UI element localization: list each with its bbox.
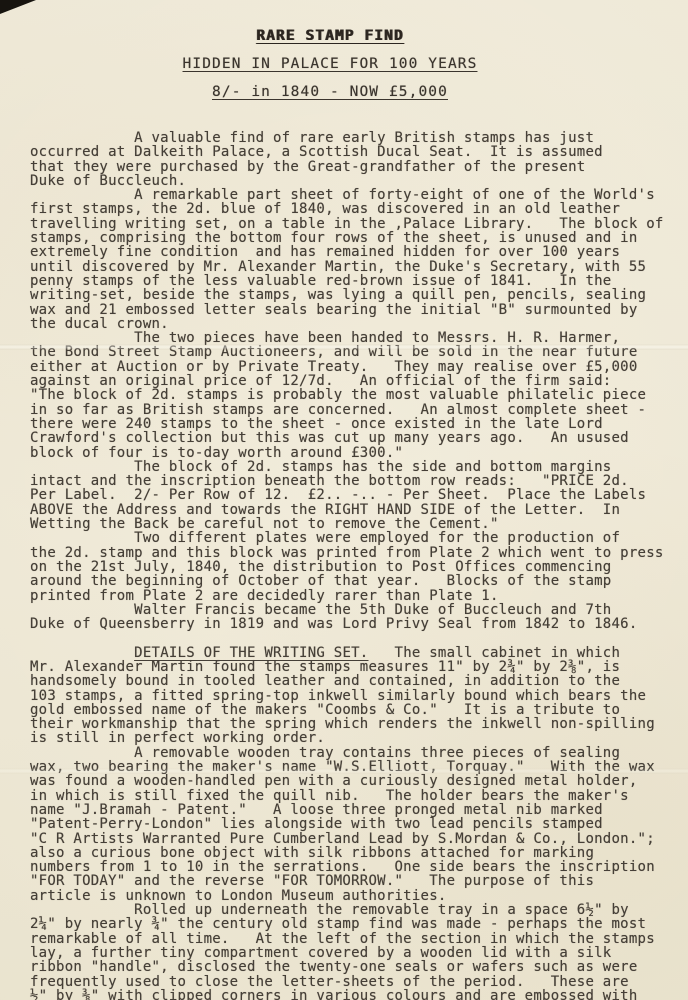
paragraph-auctioneers: The two pieces have been handed to Messr… xyxy=(30,331,678,460)
headline-block: RARE STAMP FIND HIDDEN IN PALACE FOR 100… xyxy=(0,0,674,100)
section-heading-following-text: The small cabinet in which Mr. Alexander… xyxy=(30,645,655,747)
document-body: A valuable find of rare early British st… xyxy=(0,131,688,1000)
paragraph-walter-francis: Walter Francis became the 5th Duke of Bu… xyxy=(30,603,678,632)
paragraph-rolled-up-find: Rolled up underneath the removable tray … xyxy=(30,903,678,1000)
paragraph-discovery-details: A remarkable part sheet of forty-eight o… xyxy=(30,188,678,331)
paragraph-plates: Two different plates were employed for t… xyxy=(30,531,678,602)
paragraph-find-announcement: A valuable find of rare early British st… xyxy=(30,131,678,188)
paragraph-wooden-tray: A removable wooden tray contains three p… xyxy=(30,746,678,903)
headline-main: RARE STAMP FIND xyxy=(0,29,674,44)
headline-sub-1-text: HIDDEN IN PALACE FOR 100 YEARS xyxy=(183,56,478,72)
typewritten-document-page: RARE STAMP FIND HIDDEN IN PALACE FOR 100… xyxy=(0,0,688,1000)
headline-sub-2: 8/- in 1840 - NOW £5,000 xyxy=(0,85,674,100)
headline-sub-2-text: 8/- in 1840 - NOW £5,000 xyxy=(212,84,448,100)
paragraph-writing-set-details: DETAILS OF THE WRITING SET. The small ca… xyxy=(30,646,678,746)
paragraph-inscription: The block of 2d. stamps has the side and… xyxy=(30,460,678,531)
headline-sub-1: HIDDEN IN PALACE FOR 100 YEARS xyxy=(0,57,674,72)
headline-main-text: RARE STAMP FIND xyxy=(256,28,403,44)
